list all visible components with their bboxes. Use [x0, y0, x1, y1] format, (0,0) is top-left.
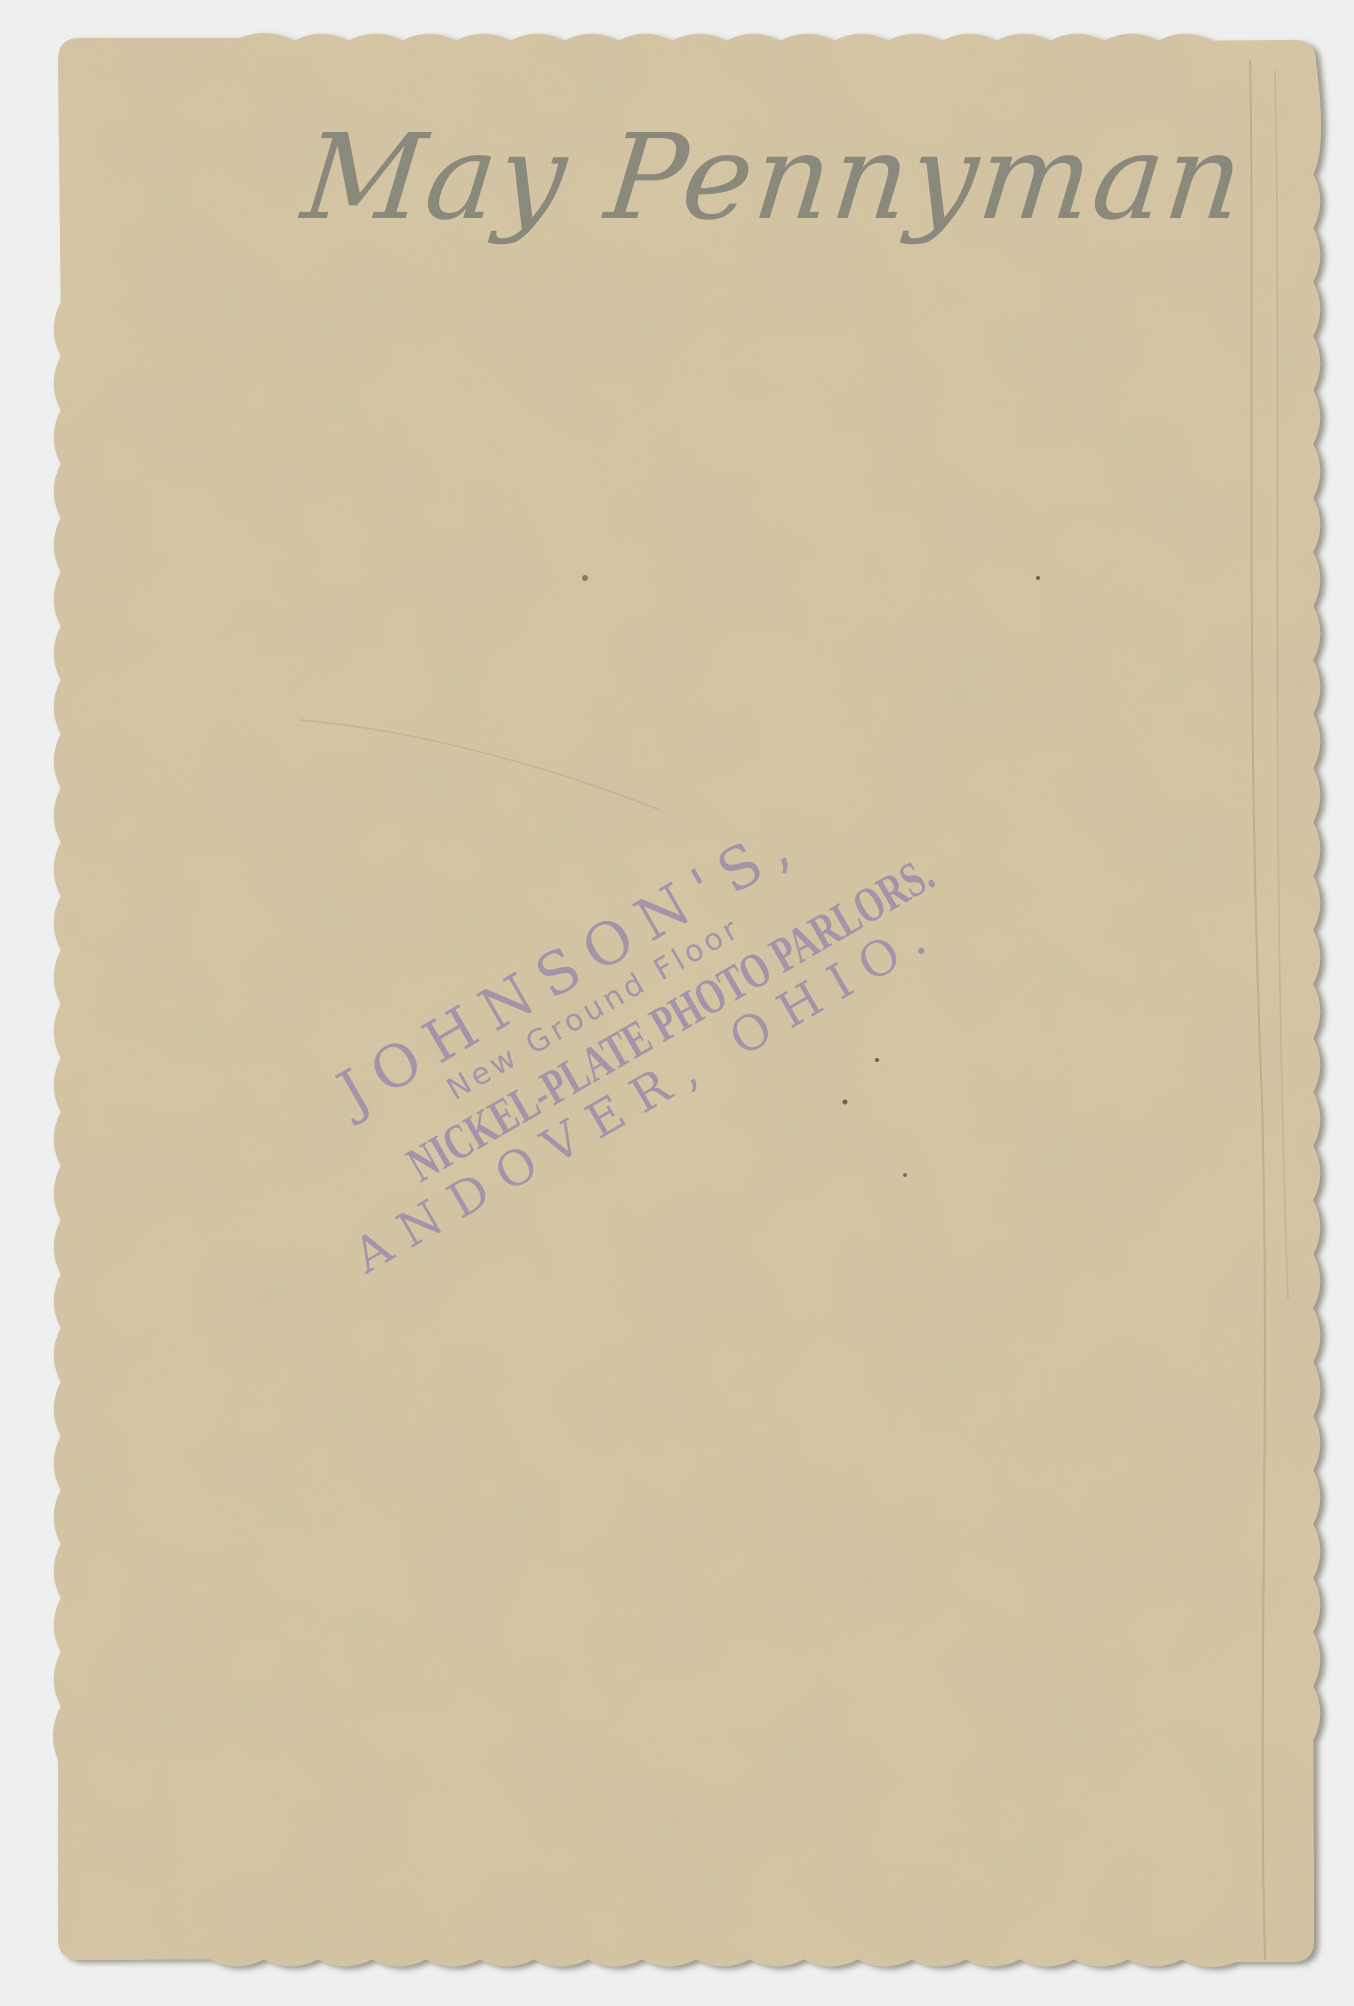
handwritten-name: May Pennyman — [290, 118, 1170, 308]
photo-scene: May Pennyman JOHNSON'S, New Ground Floor… — [0, 0, 1354, 2006]
